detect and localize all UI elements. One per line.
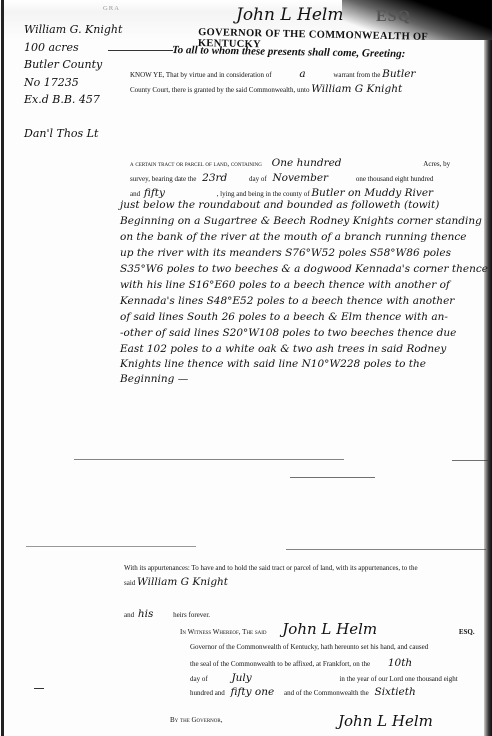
description-line: on the bank of the river at the mouth of… [120,230,467,245]
survey-month: November [272,172,328,184]
know-ye-line-2: County Court, there is granted by the sa… [130,83,402,95]
by-the-governor: By the Governor, [170,716,222,724]
ruled-line [74,459,344,460]
tract-printed-2-end: one thousand eight hundred [356,175,434,183]
margin-note-acres: 100 acres [24,40,79,55]
survey-day: 23rd [202,172,227,184]
ruled-line [286,549,486,550]
description-line: just below the roundabout and bounded as… [120,198,439,213]
ruled-line [26,546,196,547]
appurtenances-his: his [138,608,154,620]
margin-note-county: Butler County [24,57,102,72]
header-governor-signature: John L Helm [236,5,344,25]
ruled-line [452,460,488,461]
tract-printed-2: survey, bearing date the [130,175,196,183]
witness-month: July [231,672,251,684]
margin-note-examined: Ex.d B.B. 457 [24,92,100,107]
header-rule [108,50,173,51]
footer-signature: John L Helm [338,712,433,730]
tract-line-1: a certain tract or parcel of land, conta… [130,157,450,169]
appurtenances-line-3: and his heirs forever. [124,608,210,620]
tract-printed-3: and [130,190,140,198]
grantee-name: William G Knight [311,83,402,95]
witness-line-5: hundred and fifty one and of the Commonw… [190,686,416,698]
seal-mark: ᴳᴿᴬ [103,4,120,16]
tract-acreage: One hundred [272,157,342,169]
tract-printed-2b: day of [249,175,267,183]
witness-seal-text: the seal of the Commonwealth to be affix… [190,660,370,668]
description-line: up the river with its meanders S76°W52 p… [120,246,451,261]
margin-note-grantee: William G. Knight [24,22,122,37]
description-line: East 102 poles to a white oak & two ash … [120,342,446,357]
description-line: Beginning on a Sugartree & Beech Rodney … [120,214,482,229]
tract-printed-1: a certain tract or parcel of land, conta… [130,160,262,168]
description-line: Knights line thence with said line N10°W… [120,357,426,372]
witness-line-2: Governor of the Commonwealth of Kentucky… [190,643,428,651]
ruled-line [290,477,375,478]
description-line: S35°W6 poles to two beeches & a dogwood … [120,262,488,277]
warrant-county: Butler [382,68,415,80]
witness-label: In Witness Whereof, The said [180,628,267,636]
witness-day: 10th [388,657,412,669]
witness-line-3: the seal of the Commonwealth to be affix… [190,657,412,669]
tract-printed-1-end: Acres, by [423,160,450,168]
know-ye-line-1: KNOW YE, That by virtue and in considera… [130,68,415,80]
description-line: Kennada's lines S48°E52 poles to a beech… [120,294,454,309]
know-ye-printed-2: County Court, there is granted by the sa… [130,86,309,94]
witness-line-1: In Witness Whereof, The said John L Helm… [180,620,475,638]
witness-hundred: hundred and [190,689,225,697]
appurtenances-grantee: William G Knight [137,576,228,588]
header-esq: ESQ. [376,8,416,26]
know-ye-printed-b: warrant from the [333,71,380,79]
witness-day-of: day of [190,675,208,683]
page-right-edge [484,40,492,736]
description-line: Beginning — [120,372,188,387]
know-ye-filled-a: a [299,68,305,80]
appurtenances-and: and [124,611,134,619]
description-line: of said lines South 26 poles to a beech … [120,310,448,325]
margin-note-signer: Dan'l Thos Lt [24,126,98,141]
know-ye-printed: KNOW YE, That by virtue and in considera… [130,71,272,79]
tract-printed-3b: , lying and being in the county of [217,190,310,198]
tract-line-2: survey, bearing date the 23rd day of Nov… [130,172,433,184]
witness-line-4: day of July in the year of our Lord one … [190,672,458,684]
page-left-border [1,0,4,736]
land-grant-page: ᴳᴿᴬ William G. Knight 100 acres Butler C… [0,0,492,736]
witness-commonwealth-year: Sixtieth [375,686,416,698]
appurtenances-said: said [124,579,135,587]
witness-commonwealth: and of the Commonwealth the [284,689,369,697]
margin-dash [34,688,44,689]
description-line: with his line S16°E60 poles to a beech t… [120,278,450,293]
appurtenances-line-2: said William G Knight [124,576,228,588]
witness-governor-name: John L Helm [282,620,377,638]
description-line: -other of said lines S20°W108 poles to t… [120,326,456,341]
witness-year-text: in the year of our Lord one thousand eig… [339,675,457,683]
appurtenances-heirs: heirs forever. [173,611,210,619]
witness-year-filled: fifty one [231,686,275,698]
witness-esq: ESQ. [459,628,475,636]
appurtenances-line-1: With its appurtenances: To have and to h… [124,564,418,572]
margin-note-number: No 17235 [24,75,79,90]
